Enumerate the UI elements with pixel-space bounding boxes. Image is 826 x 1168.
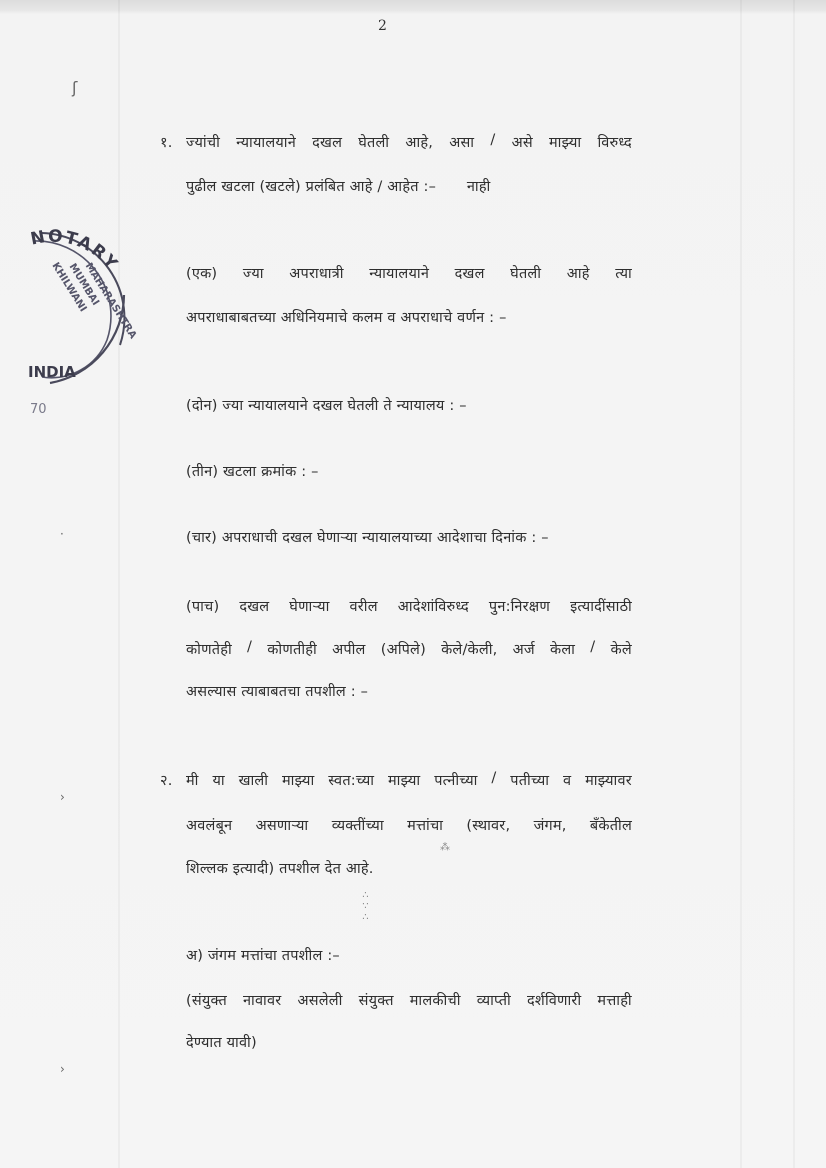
item-two: (दोन) ज्या न्यायालयाने दखल घेतली ते न्या… (186, 395, 467, 415)
margin-mark: › (60, 790, 65, 804)
item-one-line-1: (एक)ज्याअपराधात्रीन्यायालयानेदखलघेतलीआहे… (186, 263, 632, 283)
word: ज्या (243, 263, 264, 283)
word: आहे, (405, 132, 433, 152)
margin-mark: ʃ (72, 78, 77, 97)
word: मी (186, 770, 199, 790)
word: दखल (455, 263, 485, 283)
notary-stamp: NOTARY KHILWANI MUMBAI MAHARASHTRA INDIA (22, 205, 142, 405)
scanned-document-page: 2 ʃ · › › NOTARY KHILWANI MUMBAI MAHARAS… (0, 0, 826, 1168)
word: संयुक्त (359, 990, 394, 1010)
subsection-a-note-line-1: (संयुक्तनावावरअसलेलीसंयुक्तमालकीचीव्याप्… (186, 990, 632, 1010)
word: अपील (332, 639, 366, 659)
item-five-line-2: कोणतेही/कोणतीहीअपील(अपिले)केले/केली,अर्ज… (186, 639, 632, 659)
word: असलेली (297, 990, 342, 1010)
word: (अपिले) (381, 639, 426, 659)
word: आदेशांविरुध्द (398, 596, 469, 616)
word: न्यायालयाने (236, 132, 296, 152)
word: खाली (239, 770, 269, 790)
word: व्यक्तींच्या (332, 815, 384, 835)
word: / (490, 132, 495, 152)
item-three: (तीन) खटला क्रमांक : – (186, 461, 319, 481)
word: माझ्या (388, 770, 420, 790)
section-1-number: १. (160, 132, 173, 152)
word: न्यायालयाने (369, 263, 429, 283)
word: कोणतीही (267, 639, 317, 659)
word: दर्शविणारी (527, 990, 581, 1010)
section-1-line-1: ज्यांचीन्यायालयानेदखलघेतलीआहे,असा/असेमाझ… (186, 132, 632, 152)
word: (स्थावर, (466, 815, 510, 835)
scan-streak (793, 0, 795, 1168)
word: असणाऱ्या (256, 815, 309, 835)
word: अवलंबून (186, 815, 232, 835)
word: आहे (567, 263, 590, 283)
word: व (563, 770, 571, 790)
section-1-line-2: पुढील खटला (खटले) प्रलंबित आहे / आहेत :–… (186, 176, 491, 196)
word: मालकीची (410, 990, 461, 1010)
margin-mark: · (60, 527, 64, 541)
word: केले/केली, (441, 639, 497, 659)
item-five-line-1: (पाच)दखलघेणाऱ्यावरीलआदेशांविरुध्दपुन:निर… (186, 596, 632, 616)
word: (संयुक्त (186, 990, 227, 1010)
section-2-line-2: अवलंबूनअसणाऱ्याव्यक्तींच्यामत्तांचा(स्था… (186, 815, 632, 835)
word: पतीच्या (510, 770, 549, 790)
word: (एक) (186, 263, 217, 283)
word: / (491, 770, 496, 790)
word: घेतली (358, 132, 389, 152)
word: घेतली (510, 263, 541, 283)
word: त्या (615, 263, 632, 283)
word: स्वत:च्या (328, 770, 374, 790)
word: माझ्या (282, 770, 314, 790)
word: नावावर (243, 990, 281, 1010)
section-1-question: पुढील खटला (खटले) प्रलंबित आहे / आहेत :– (186, 179, 436, 195)
word: असा (449, 132, 474, 152)
page-number: 2 (378, 18, 387, 34)
word: बँकेतील (590, 815, 632, 835)
word: असे (512, 132, 533, 152)
word: कोणतेही (186, 639, 232, 659)
word: जंगम, (534, 815, 567, 835)
word: दखल (239, 596, 269, 616)
word: पत्नीच्या (434, 770, 477, 790)
word: (पाच) (186, 596, 219, 616)
word: मत्तांचा (407, 815, 443, 835)
word: घेणाऱ्या (289, 596, 329, 616)
margin-mark: › (60, 1062, 65, 1076)
word: या (212, 770, 224, 790)
word: पुन:निरक्षण (489, 596, 550, 616)
stamp-country: INDIA (28, 363, 76, 381)
word: मत्ताही (597, 990, 632, 1010)
word: माझ्या (549, 132, 581, 152)
word: / (590, 639, 595, 659)
section-2-number: २. (160, 770, 173, 790)
word: माझ्यावर (585, 770, 632, 790)
section-2-line-1: मीयाखालीमाझ्यास्वत:च्यामाझ्यापत्नीच्या/प… (186, 770, 632, 790)
word: ज्यांची (186, 132, 220, 152)
item-five-line-3: असल्यास त्याबाबतचा तपशील : – (186, 681, 368, 701)
subsection-a-note-line-2: देण्यात यावी) (186, 1032, 257, 1052)
seal-mark: ⁂ (440, 842, 450, 853)
stamp-sub-mark: 70 (30, 402, 47, 417)
word: वरील (350, 596, 378, 616)
word: इत्यादींसाठी (570, 596, 632, 616)
word: अर्ज (513, 639, 535, 659)
word: अपराधात्री (289, 263, 343, 283)
scan-streak (740, 0, 742, 1168)
seal-mark: ∴∵∴ (360, 890, 371, 923)
item-four: (चार) अपराधाची दखल घेणाऱ्या न्यायालयाच्य… (186, 527, 549, 547)
section-2-line-3: शिल्लक इत्यादी) तपशील देत आहे. (186, 858, 374, 878)
section-1-answer: नाही (467, 179, 491, 195)
word: व्याप्ती (477, 990, 511, 1010)
subsection-a-heading: अ) जंगम मत्तांचा तपशील :– (186, 945, 340, 965)
item-one-line-2: अपराधाबाबतच्या अधिनियमाचे कलम व अपराधाचे… (186, 307, 507, 327)
word: दखल (312, 132, 342, 152)
word: विरुध्द (597, 132, 631, 152)
word: / (247, 639, 252, 659)
scan-streak (118, 0, 120, 1168)
word: केले (611, 639, 632, 659)
word: केला (550, 639, 575, 659)
